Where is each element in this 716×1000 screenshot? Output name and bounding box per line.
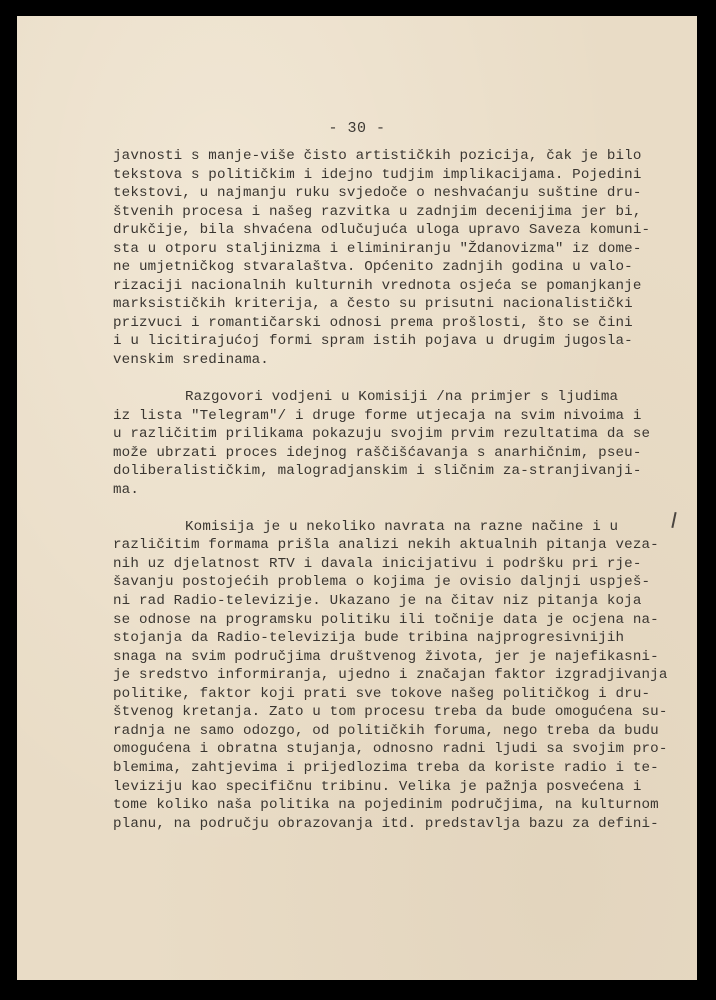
text-line: nih uz djelatnost RTV i davala inicijati… [113,555,633,574]
text-line: doliberalističkim, malogradjanskim i sli… [113,462,633,481]
text-line: Razgovori vodjeni u Komisiji /na primjer… [113,388,633,407]
text-line: drukčije, bila shvaćena odlučujuća uloga… [113,221,633,240]
text-line: Komisija je u nekoliko navrata na razne … [113,518,633,537]
text-line: šavanju postojećih problema o kojima je … [113,573,633,592]
text-line: ma. [113,481,633,500]
text-line: leviziju kao specifičnu tribinu. Velika … [113,778,633,797]
text-line: u različitim prilikama pokazuju svojim p… [113,425,633,444]
text-line: može ubrzati proces idejnog raščišćavanj… [113,444,633,463]
paragraph-spacer [113,499,633,518]
text-line: tekstovi, u najmanju ruku svjedoče o nes… [113,184,633,203]
text-line: sta u otporu staljinizma i eliminiranju … [113,240,633,259]
text-line: blemima, zahtjevima i prijedlozima treba… [113,759,633,778]
text-line: politike, faktor koji prati sve tokove n… [113,685,633,704]
text-line: i u licitirajućoj formi spram istih poja… [113,332,633,351]
paragraph-1: javnosti s manje-više čisto artističkih … [113,147,633,370]
paragraph-3: Komisija je u nekoliko navrata na razne … [113,518,633,833]
text-line: štvenog kretanja. Zato u tom procesu tre… [113,703,633,722]
text-line: se odnose na programsku politiku ili toč… [113,611,633,630]
document-page: - 30 - javnosti s manje-više čisto artis… [17,16,697,980]
text-line: prizvuci i romantičarski odnosi prema pr… [113,314,633,333]
text-line: različitim formama prišla analizi nekih … [113,536,633,555]
text-line: marksističkih kriterija, a često su pris… [113,295,633,314]
paragraph-2: Razgovori vodjeni u Komisiji /na primjer… [113,388,633,499]
text-line: tome koliko naša politika na pojedinim p… [113,796,633,815]
text-line: rizaciji nacionalnih kulturnih vrednota … [113,277,633,296]
text-line: ni rad Radio-televizije. Ukazano je na č… [113,592,633,611]
text-line: stojanja da Radio-televizija bude tribin… [113,629,633,648]
text-line: javnosti s manje-više čisto artističkih … [113,147,633,166]
text-line: omogućena i obratna stujanja, odnosno ra… [113,740,633,759]
page-number: - 30 - [17,120,697,137]
text-line: venskim sredinama. [113,351,633,370]
text-line: iz lista "Telegram"/ i druge forme utjec… [113,407,633,426]
text-line: štvenih procesa i našeg razvitka u zadnj… [113,203,633,222]
text-line: radnja ne samo odozgo, od političkih for… [113,722,633,741]
text-line: ne umjetničkog stvaralaštva. Općenito za… [113,258,633,277]
paragraph-spacer [113,370,633,389]
text-line: je sredstvo informiranja, ujedno i znača… [113,666,633,685]
text-line: tekstova s političkim i idejno tudjim im… [113,166,633,185]
text-line: planu, na području obrazovanja itd. pred… [113,815,633,834]
body-text: javnosti s manje-više čisto artističkih … [113,147,633,833]
text-line: snaga na svim područjima društvenog živo… [113,648,633,667]
margin-pencil-mark [671,512,676,528]
